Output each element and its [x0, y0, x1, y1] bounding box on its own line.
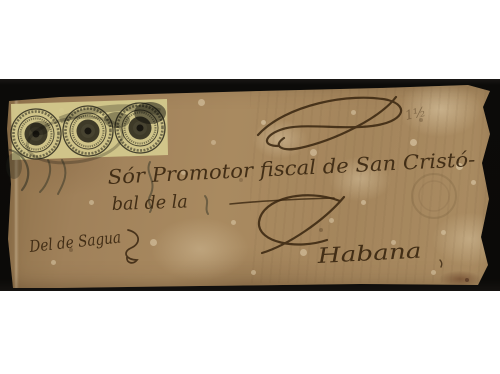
origin-note: Del de Sagua	[28, 227, 122, 256]
paraph-flourish-top	[258, 97, 401, 149]
comma-mark	[440, 260, 442, 267]
photo-frame: 1½ Sór Promotor fiscal de San Cristó- ba…	[0, 0, 500, 374]
rate-mark: 1½	[404, 105, 428, 124]
destination: Habana	[316, 239, 422, 268]
origin-rubric-flourish	[126, 230, 138, 263]
envelope-artwork-overlay: 1½ Sór Promotor fiscal de San Cristó- ba…	[0, 0, 500, 374]
faint-postmark	[412, 174, 456, 218]
address-line2: bal de la	[111, 191, 188, 215]
